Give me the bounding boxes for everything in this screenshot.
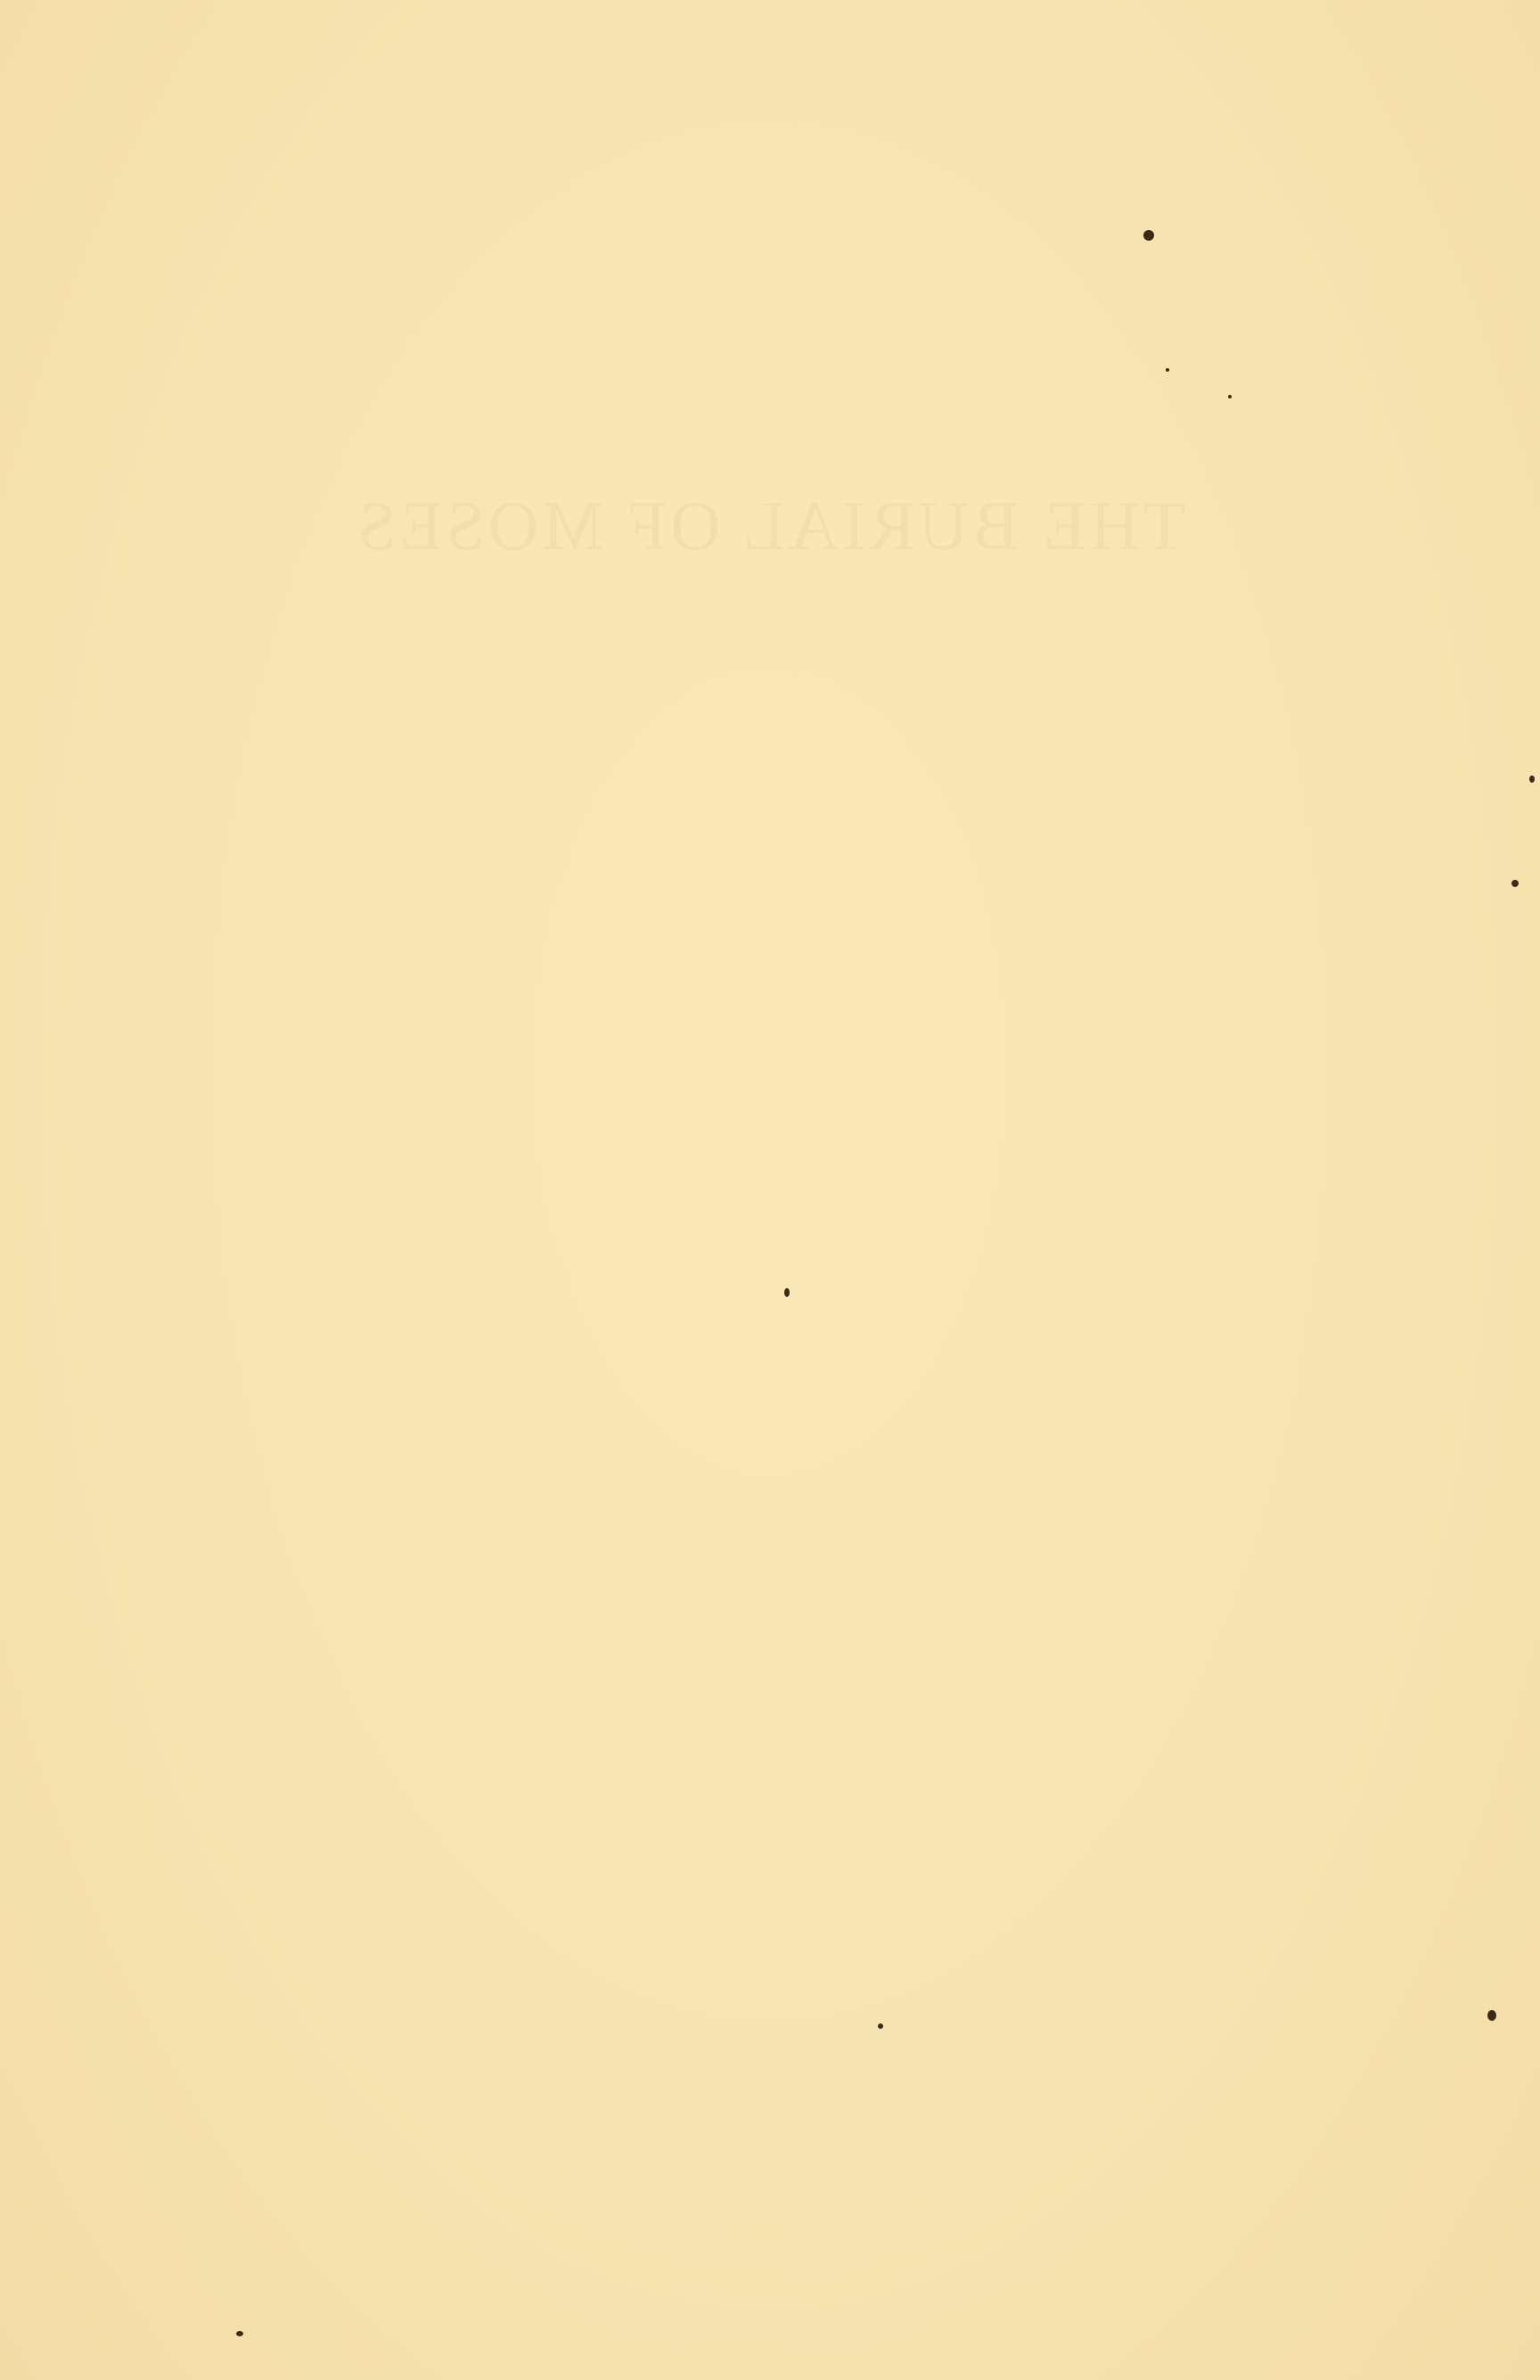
paper-speck [1529,776,1535,783]
paper-speck [1166,368,1169,372]
paper-speck [236,2331,243,2336]
paper-speck [1487,2010,1496,2021]
paper-speck [784,1288,790,1297]
document-page: THE BURIAL OF MOSES [0,0,1540,2380]
show-through-title: THE BURIAL OF MOSES [0,486,1540,566]
paper-speck [1511,880,1519,887]
paper-speck [1143,230,1154,241]
paper-speck [878,2023,883,2029]
paper-speck [1228,395,1232,398]
